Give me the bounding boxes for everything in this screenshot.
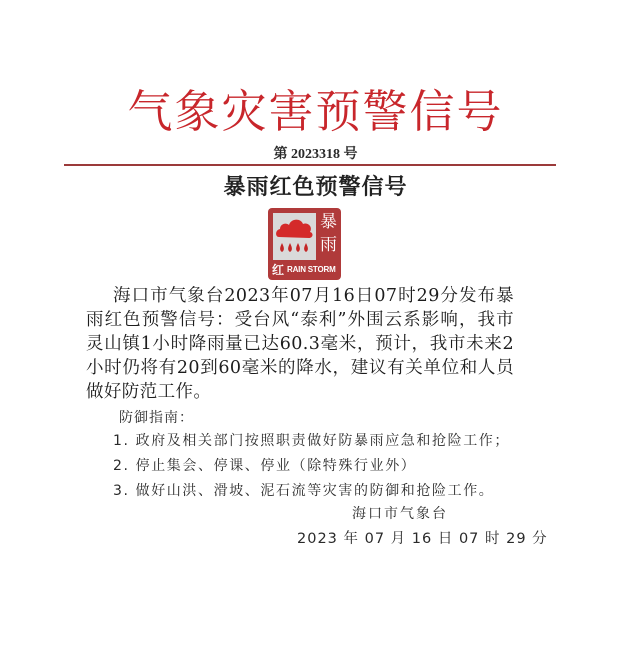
warning-body-paragraph: 海口市气象台2023年07月16日07时29分发布暴雨红色预警信号：受台风“泰利… xyxy=(86,284,514,404)
guideline-item: 1. 政府及相关部门按照职责做好防暴雨应急和抢险工作； xyxy=(113,429,533,454)
guidelines-title: 防御指南： xyxy=(113,407,533,429)
icon-vertical-text: 暴 雨 xyxy=(318,211,339,257)
icon-char-top: 暴 xyxy=(318,211,339,234)
rainstorm-red-warning-icon: 暴 雨 红 RAIN STORM xyxy=(268,208,341,280)
red-divider-line xyxy=(64,164,556,166)
defense-guidelines: 防御指南： 1. 政府及相关部门按照职责做好防暴雨应急和抢险工作； 2. 停止集… xyxy=(113,407,533,504)
signal-title: 暴雨红色预警信号 xyxy=(0,173,631,203)
cloud-with-raindrops-icon xyxy=(273,213,316,260)
icon-label-row: 红 RAIN STORM xyxy=(272,263,338,277)
icon-english-label: RAIN STORM xyxy=(287,263,336,277)
icon-level-char: 红 xyxy=(272,263,284,277)
rain-cloud-icon xyxy=(273,213,316,260)
issue-datetime: 2023 年 07 月 16 日 07 时 29 分 xyxy=(297,528,548,550)
guideline-item: 2. 停止集会、停课、停业（除特殊行业外） xyxy=(113,454,533,479)
document-number: 第 2023318 号 xyxy=(0,147,631,163)
issuing-organization: 海口市气象台 xyxy=(352,503,448,525)
guideline-item: 3. 做好山洪、滑坡、泥石流等灾害的防御和抢险工作。 xyxy=(113,479,533,504)
document-header-title: 气象灾害预警信号 xyxy=(0,84,631,140)
icon-char-bottom: 雨 xyxy=(318,234,339,257)
